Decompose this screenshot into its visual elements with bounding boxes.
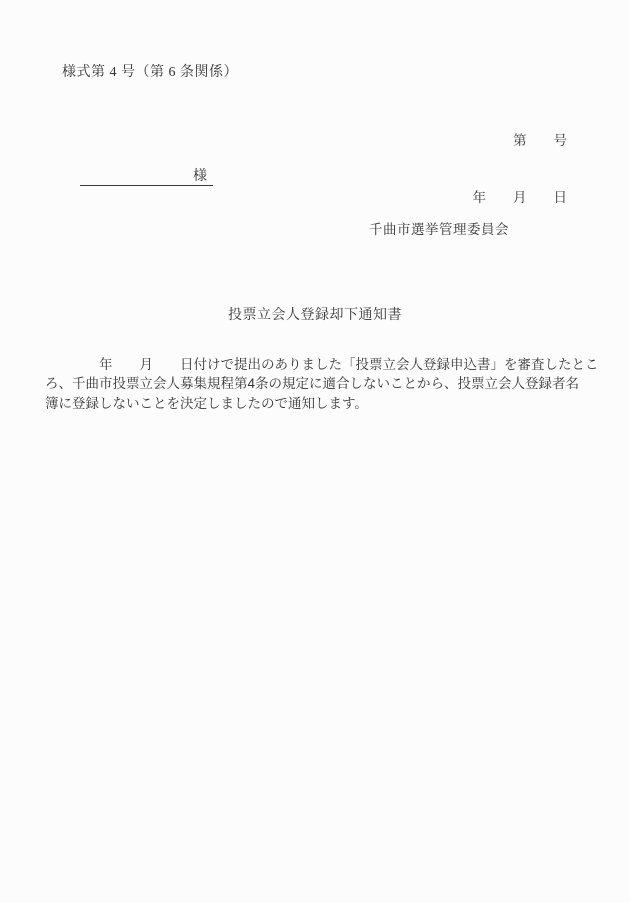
doc-number-line: 第 号 bbox=[473, 131, 568, 150]
document-title: 投票立会人登録却下通知書 bbox=[0, 304, 630, 324]
body-line: ろ、千曲市投票立会人募集規程第4条の規定に適合しないことから、投票立会人登録者名 bbox=[45, 374, 605, 393]
body-paragraph: 年 月 日付けで提出のありました「投票立会人登録申込書」を審査したとこ ろ、千曲… bbox=[45, 355, 605, 413]
doc-date-line: 年 月 日 bbox=[473, 188, 568, 207]
addressee-line: 様 bbox=[80, 165, 213, 185]
addressee-blank-field: 様 bbox=[80, 165, 213, 186]
document-page: 様式第 4 号（第 6 条関係） 第 号 年 月 日 様 千曲市選挙管理委員会 … bbox=[0, 0, 630, 903]
form-number-label: 様式第 4 号（第 6 条関係） bbox=[62, 61, 238, 81]
sender-name: 千曲市選挙管理委員会 bbox=[369, 218, 509, 238]
body-line: 年 月 日付けで提出のありました「投票立会人登録申込書」を審査したとこ bbox=[45, 355, 605, 374]
body-line: 簿に登録しないことを決定しましたので通知します。 bbox=[45, 394, 605, 413]
addressee-honorific: 様 bbox=[193, 169, 207, 184]
